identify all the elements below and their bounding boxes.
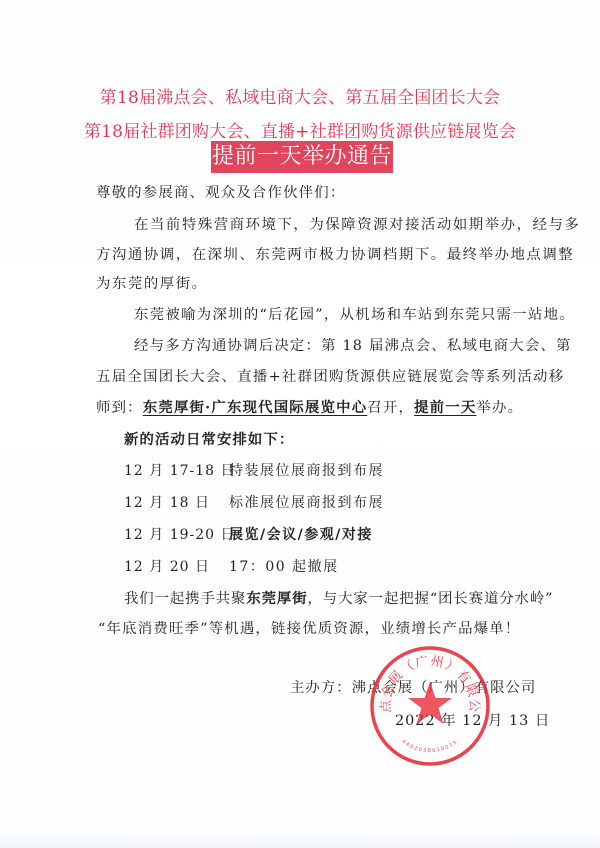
schedule-activity: 特装展位展商报到布展 <box>229 460 384 480</box>
heading-line-2: 第18届社群团购大会、直播+社群团购货源供应链展览会 <box>0 117 600 142</box>
para1-line1: 在当前特殊营商环境下，为保障资源对接活动如期举办，经与多 <box>134 213 554 234</box>
schedule-activity: 17：00 起撤展 <box>229 556 339 576</box>
svg-text:4401050010015: 4401050010015 <box>401 739 460 754</box>
schedule-activity: 展览/会议/参观/对接 <box>229 524 373 544</box>
schedule-date: 12 月 18 日 <box>124 492 210 512</box>
para3-prefix: 师到： <box>96 400 143 416</box>
para3-line3: 师到：东莞厚街·广东现代国际展览中心召开，提前一天举办。 <box>96 396 516 417</box>
para3-line2: 五届全国团长大会、直播+社群团购货源供应链展览会等系列活动移 <box>96 365 516 386</box>
salutation: 尊敬的参展商、观众及合作伙伴们： <box>96 181 516 202</box>
heading-line-1: 第18届沸点会、私域电商大会、第五届全国团长大会 <box>0 83 600 108</box>
closing-suffix: ，与大家一起把握“团长赛道分水岭” <box>308 591 554 607</box>
schedule-date: 12 月 20 日 <box>124 556 210 576</box>
advance-notice: 提前一天 <box>414 399 476 416</box>
para1-line3: 为东莞的厚街。 <box>96 272 516 293</box>
para3-mid: 召开， <box>367 400 414 416</box>
company-seal-icon: 沸点会展（广州）有限公司 4401050010015 <box>368 644 492 768</box>
schedule-activity: 标准展位展商报到布展 <box>229 492 384 512</box>
notice-title-banner: 提前一天举办通告 <box>211 141 393 173</box>
scan-edge <box>0 828 600 848</box>
para3-suffix: 举办。 <box>476 400 523 416</box>
para2: 东莞被喻为深圳的“后花园”，从机场和车站到东莞只需一站地。 <box>134 303 554 324</box>
organizer-signature: 主办方：沸点会展（广州）有限公司 <box>290 676 536 697</box>
signature-date: 2022 年 12 月 13 日 <box>395 709 550 730</box>
venue-name: 东莞厚街·广东现代国际展览中心 <box>143 399 367 416</box>
closing-prefix: 我们一起携手共聚 <box>124 591 246 607</box>
closing-highlight: 东莞厚街 <box>246 590 307 607</box>
schedule-title: 新的活动日常安排如下： <box>124 428 544 449</box>
notice-document: 第18届沸点会、私域电商大会、第五届全国团长大会 第18届社群团购大会、直播+社… <box>0 0 600 848</box>
schedule-date: 12 月 17-18 日 <box>124 460 236 480</box>
schedule-date: 12 月 19-20 日 <box>124 524 236 544</box>
closing-line1: 我们一起携手共聚东莞厚街，与大家一起把握“团长赛道分水岭” <box>124 587 544 608</box>
closing-line2: “年底消费旺季”等机遇，链接优质资源，业绩增长产品爆单！ <box>98 617 518 638</box>
para1-line2: 方沟通协调，在深圳、东莞两市极力协调档期下。最终举办地点调整 <box>96 243 516 264</box>
para3-line1: 经与多方沟通协调后决定：第 18 届沸点会、私域电商大会、第 <box>134 334 554 355</box>
